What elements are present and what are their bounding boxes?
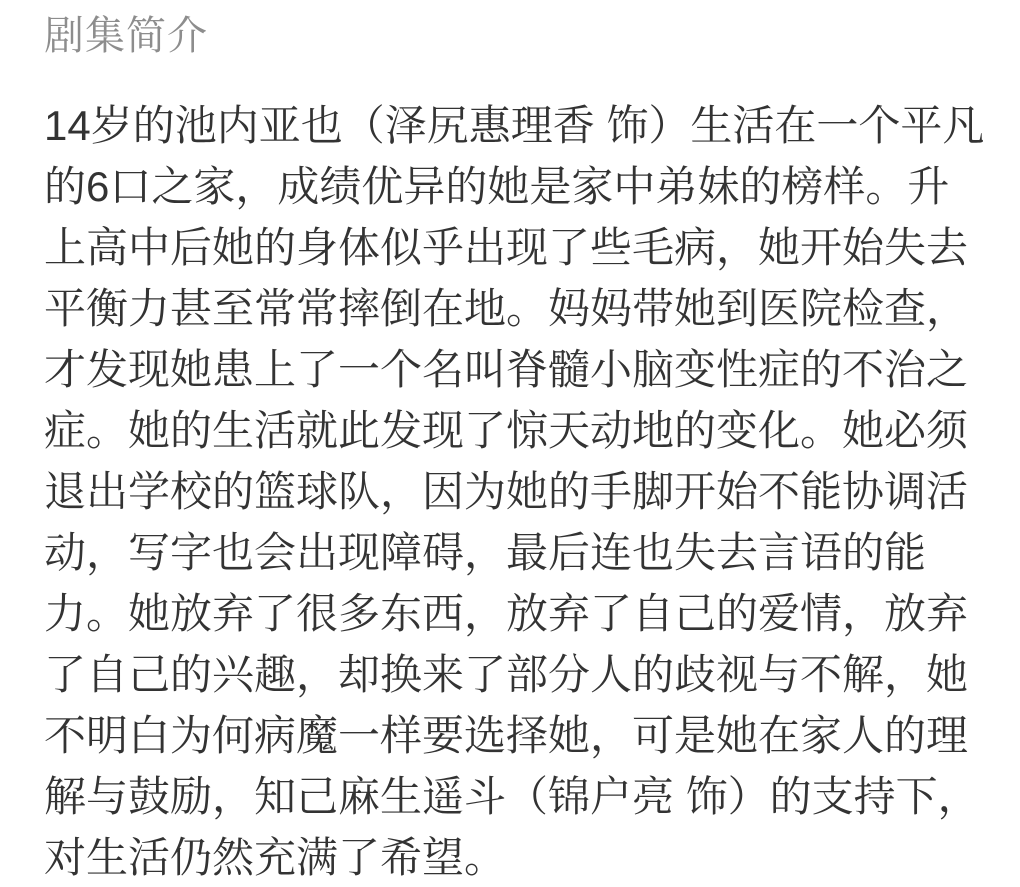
synopsis-text: 14岁的池内亚也（泽尻惠理香 饰）生活在一个平凡的6口之家，成绩优异的她是家中弟… (44, 95, 988, 887)
synopsis-page: 剧集简介 14岁的池内亚也（泽尻惠理香 饰）生活在一个平凡的6口之家，成绩优异的… (0, 0, 1020, 887)
section-title: 剧集简介 (44, 12, 988, 60)
